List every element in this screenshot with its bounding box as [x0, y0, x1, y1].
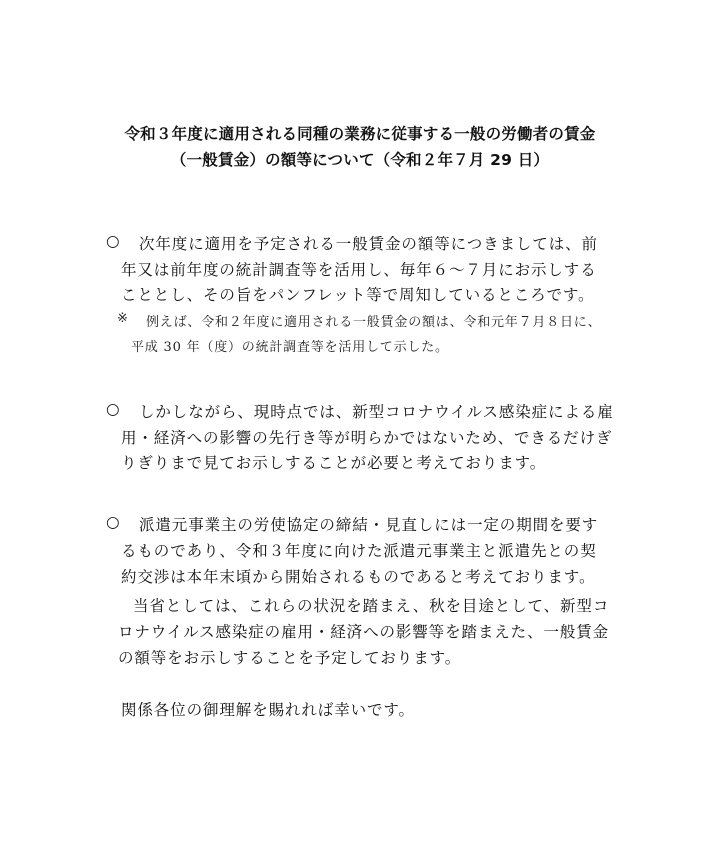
paragraph-3-line-1: 派遣元事業主の労使協定の締結・見直しには一定の期間を要す: [139, 513, 598, 535]
bullet-circle-icon: ○: [106, 400, 120, 418]
paragraph-1-line-3: こととし、その旨をパンフレット等で周知しているところです。: [121, 283, 594, 305]
paragraph-1-line-2: 年又は前年度の統計調査等を活用し、毎年６～７月にお示しする: [121, 258, 597, 280]
paragraph-2-line-3: りぎりまで見てお示しすることが必要と考えております。: [121, 451, 546, 473]
paragraph-2-line-1: しかしながら、現時点では、新型コロナウイルス感染症による雇: [139, 400, 614, 422]
note-line-1: 例えば、令和２年度に適用される一般賃金の額は、令和元年７月８日に、: [146, 311, 601, 330]
document-title-line-2: （一般賃金）の額等について（令和２年７月 29 日）: [90, 148, 630, 170]
paragraph-3-continuation-line-2: ロナウイルス感染症の雇用・経済への影響等を踏まえた、一般賃金: [118, 620, 609, 642]
document-page: 令和３年度に適用される同種の業務に従事する一般の労働者の賃金 （一般賃金）の額等…: [0, 0, 720, 860]
bullet-circle-icon: ○: [106, 513, 120, 531]
note-line-2: 平成 30 年（度）の統計調査等を活用して示した。: [131, 336, 449, 355]
closing-statement: 関係各位の御理解を賜れれば幸いです。: [121, 698, 415, 720]
paragraph-1-line-1: 次年度に適用を予定される一般賃金の額等につきましては、前: [139, 232, 598, 254]
paragraph-3-continuation-line-1: 当省としては、これらの状況を踏まえ、秋を目途として、新型コ: [133, 594, 609, 616]
paragraph-3-line-3: 約交渉は本年末頃から開始されるものであると考えております。: [121, 565, 595, 587]
paragraph-3-continuation-line-3: の額等をお示しすることを予定しております。: [118, 646, 461, 668]
document-title-line-1: 令和３年度に適用される同種の業務に従事する一般の労働者の賃金: [90, 122, 630, 144]
paragraph-2-line-2: 用・経済への影響の先行き等が明らかではないため、できるだけぎ: [121, 426, 612, 448]
paragraph-3-line-2: るものであり、令和３年度に向けた派遣元事業主と派遣先との契: [121, 539, 597, 561]
bullet-circle-icon: ○: [106, 232, 120, 250]
note-reference-mark-icon: ※: [117, 311, 129, 326]
